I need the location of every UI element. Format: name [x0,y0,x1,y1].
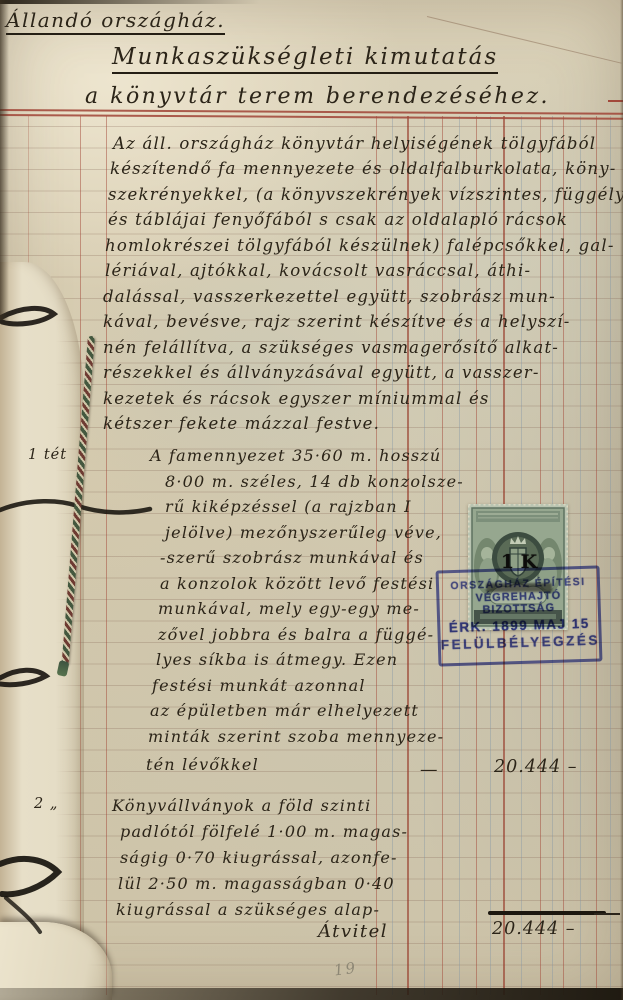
item1-line: minták szerint szoba mennyeze- [148,727,444,746]
carry-label: Átvitel [318,921,388,942]
ink-stamp-line4: FELÜLBÉLYEGZÉS [441,633,599,653]
intro-line: kával, bevésve, rajz szerint készítve és… [103,312,571,331]
intro-line: nén felállítva, a szükséges vasmagerősít… [103,338,559,357]
item1-number: 1 tét [28,447,67,463]
item1-line: az épületben már elhelyezett [150,701,419,720]
item1-line: jelölve) mezőnyszerűleg véve, [165,523,442,542]
item1-amount: 20.444 – [494,757,578,777]
item1-line: rű kiképzéssel (a rajzban I [165,497,412,516]
item1-line: 8·00 m. széles, 14 db konzolsze- [165,472,464,491]
intro-line: homlokrészei tölgyfából készülnek) falép… [105,236,615,255]
item2-number: 2 „ [34,796,58,812]
ink-stamp: ORSZÁGHÁZ ÉPÍTÉSI VÉGREHAJTÓ BIZOTTSÁG É… [436,565,603,666]
page-edge-top [0,0,260,4]
carry-amount: 20.444 – [492,919,576,939]
sum-rule [488,911,606,915]
ledger-page: Állandó országház. Munkaszükségleti kimu… [0,0,623,1000]
page-edge-bottom [0,988,623,1000]
item1-line: munkával, mely egy-egy me- [158,599,420,618]
intro-line: dalással, vasszerkezettel együtt, szobrá… [103,287,556,306]
item1-line: zővel jobbra és balra a függé- [158,625,434,644]
binding-stitches [0,0,170,1000]
item1-line: -szerű szobrász munkával és [160,548,424,567]
item1-line: festési munkát azonnal [152,676,366,695]
item1-line: lyes síkba is átmegy. Ezen [156,650,398,669]
sum-rule-fragment [594,913,620,915]
intro-line: és táblájai fenyőfából s csak az oldalap… [108,210,568,229]
page-edge-left [0,0,9,320]
item1-column-dash: — [420,760,439,780]
pencil-page-number: 19 [333,958,358,979]
intro-line: Az áll. országház könyvtár helyiségének … [113,134,596,153]
intro-line: készítendő fa mennyezete és oldalfalburk… [110,159,617,178]
item1-line: A famennyezet 35·60 m. hosszú [150,446,441,465]
item1-line: a konzolok között levő festési [160,574,434,593]
intro-line: szekrényekkel, (a könyvszekrények vízszi… [108,185,623,204]
ink-stamp-line2: VÉGREHAJTÓ BIZOTTSÁG [439,589,598,618]
